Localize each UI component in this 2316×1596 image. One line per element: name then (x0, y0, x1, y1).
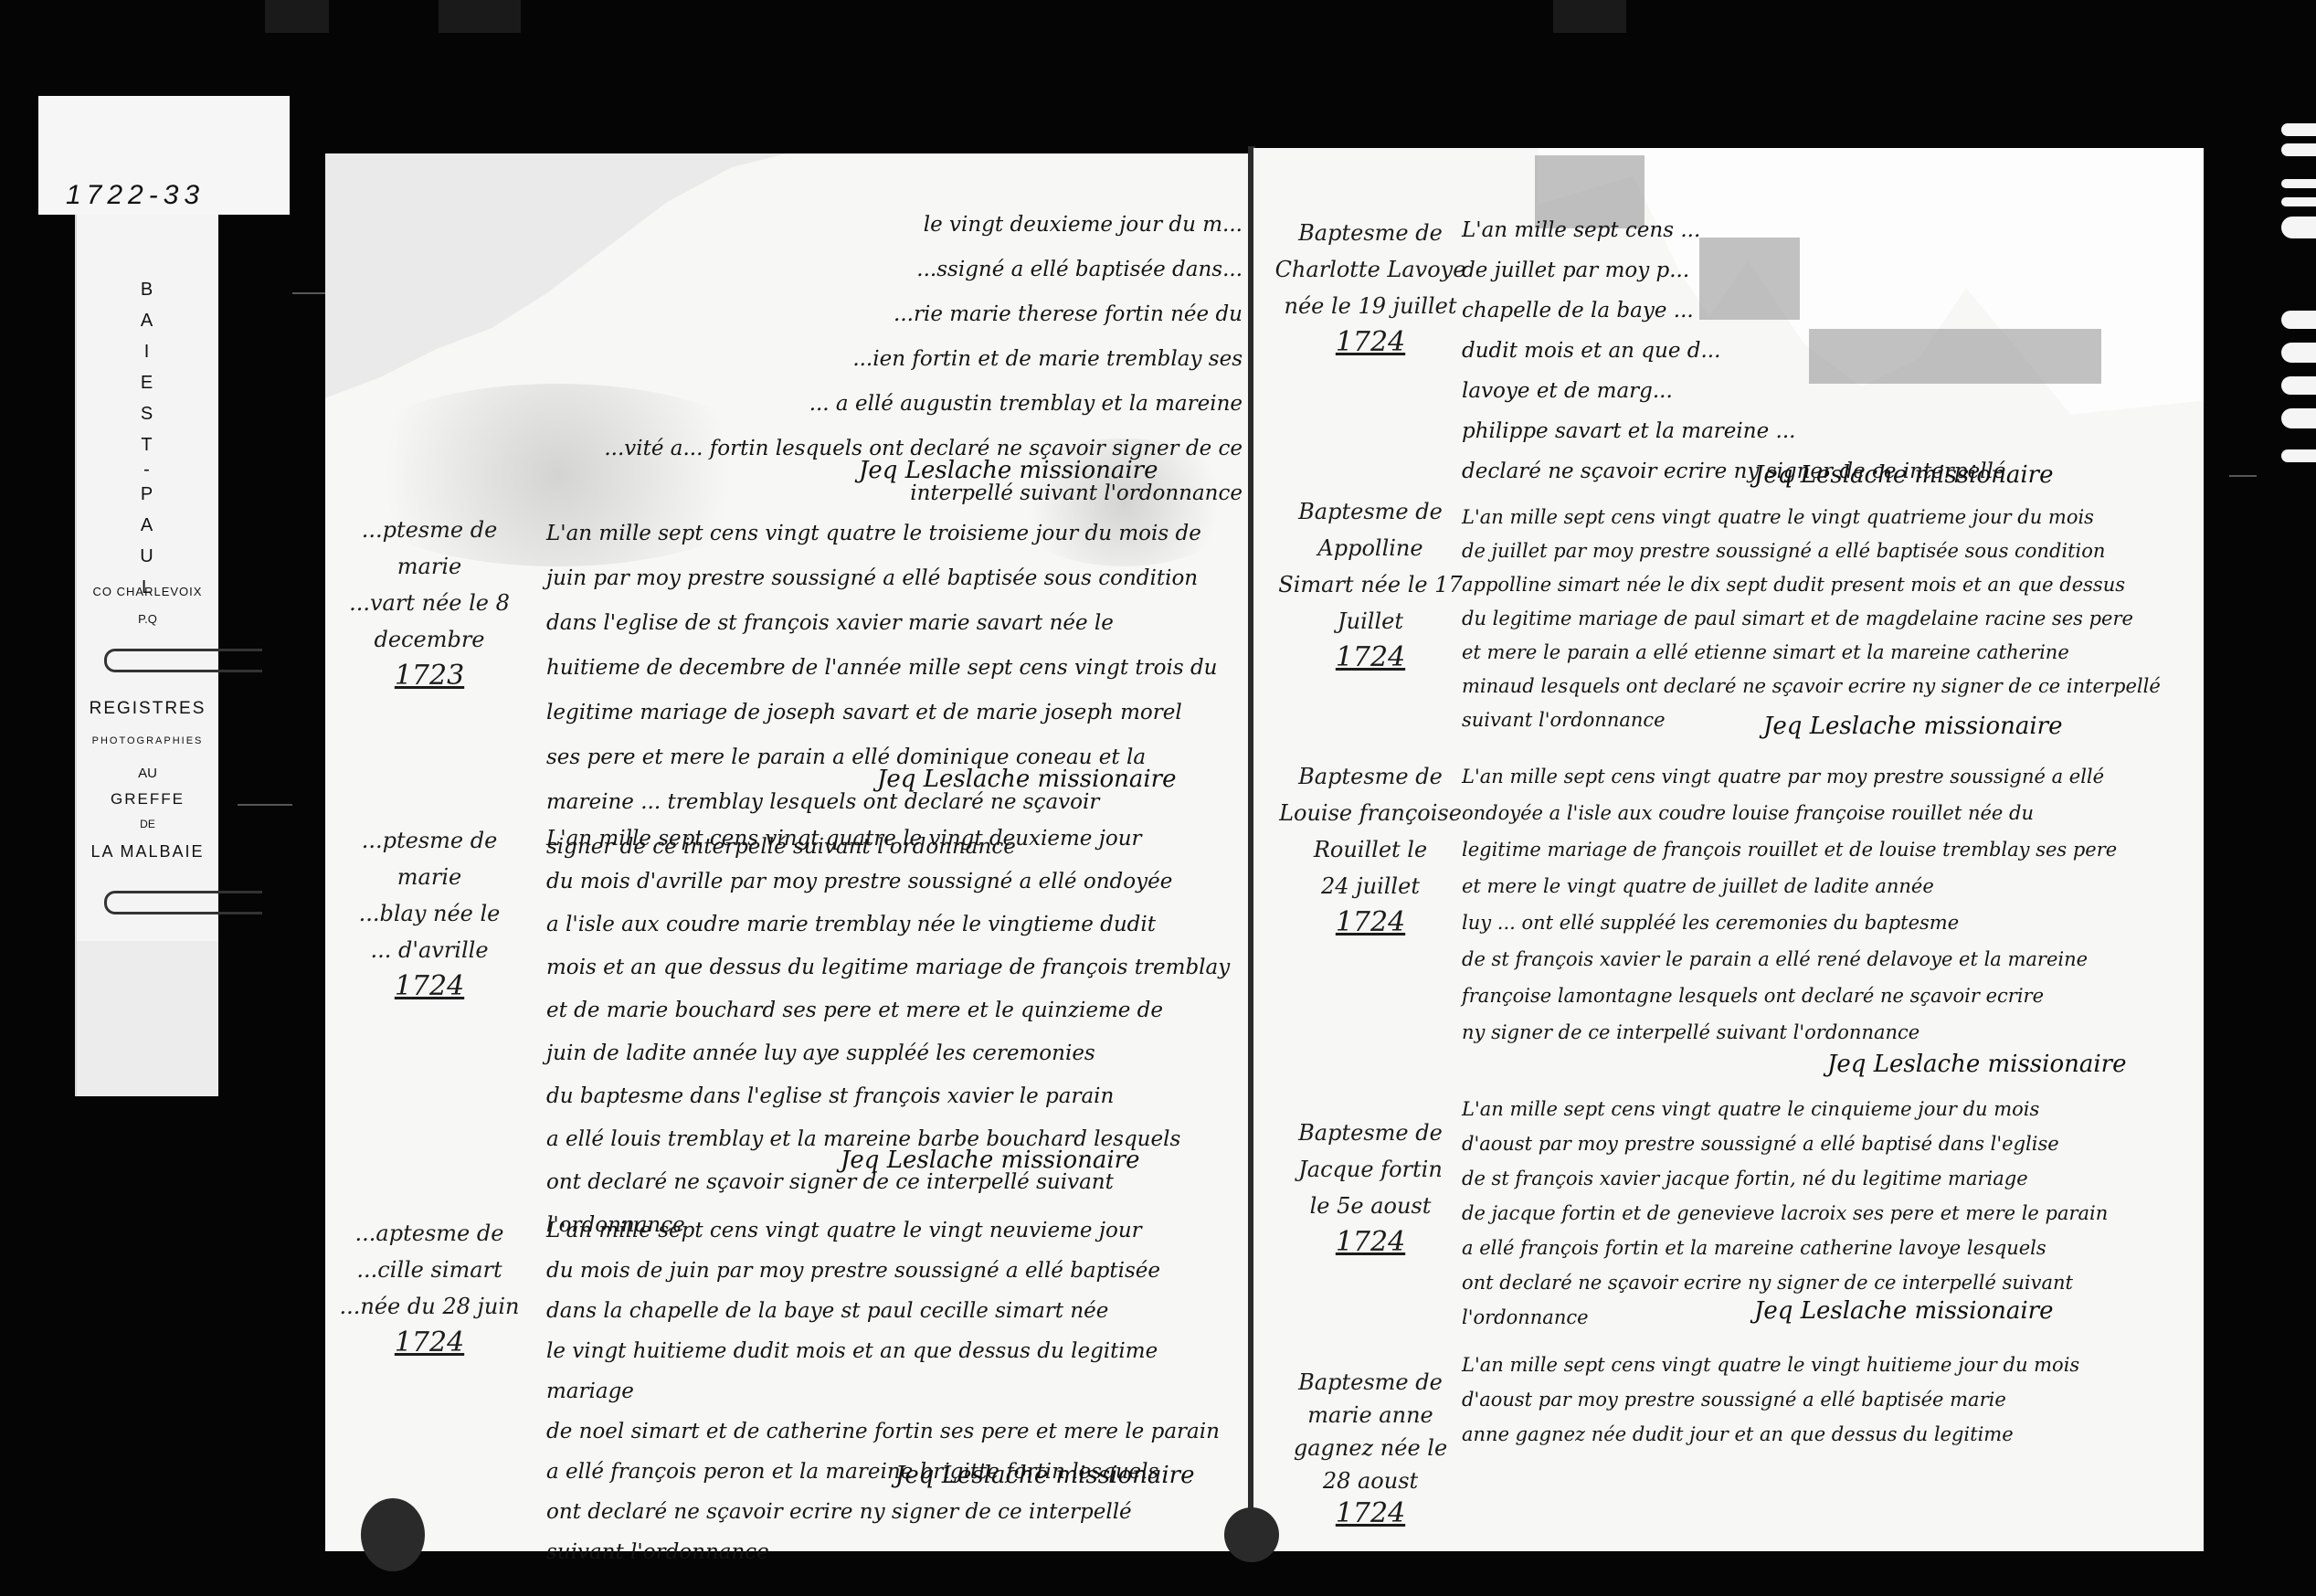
entry-text-left-2: L'an mille sept cens vingt quatre le vin… (546, 818, 1241, 1247)
entry-year: 1724 (1270, 1224, 1471, 1261)
entry-text-right-2: L'an mille sept cens vingt quatre par mo… (1462, 758, 2193, 1051)
paper-clip-icon (104, 891, 262, 914)
entry-year: 1723 (329, 658, 530, 694)
film-scratch (2229, 475, 2257, 477)
entry-signature-left-0: Jeq Leslache missionaire (859, 457, 1158, 484)
film-marker (2281, 449, 2316, 462)
entry-year: 1724 (1270, 904, 1471, 941)
stamp-au: AU (77, 766, 218, 781)
film-frame-top-edge (439, 0, 521, 33)
entry-signature-left-1: Jeq Leslache missionaire (877, 766, 1177, 793)
film-scratch (238, 804, 292, 806)
entry-margin-right-3: Baptesme de Jacque fortin le 5e aoust 17… (1270, 1115, 1471, 1261)
film-marker (2281, 311, 2316, 329)
film-marker (2281, 408, 2316, 428)
entry-year: 1724 (329, 968, 530, 1005)
film-scratch (292, 292, 329, 294)
entry-year: 1724 (329, 1325, 530, 1361)
entry-text-right-0: L'an mille sept cens ... de juillet par … (1462, 210, 2193, 491)
province-label: P.Q (77, 612, 218, 626)
entry-signature-right-3: Jeq Leslache missionaire (1754, 1297, 2054, 1325)
entry-margin-right-2: Baptesme de Louise françoise Rouillet le… (1270, 758, 1471, 941)
entry-text-right-1: L'an mille sept cens vingt quatre le vin… (1462, 501, 2193, 737)
entry-year: 1724 (1270, 639, 1471, 676)
entry-margin-right-0: Baptesme de Charlotte Lavoye née le 19 j… (1270, 215, 1471, 361)
stamp-registres: REGISTRES (77, 699, 218, 719)
entry-margin-left-3: ...aptesme de ...cille simart ...née du … (329, 1215, 530, 1361)
film-marker (2281, 217, 2316, 238)
county-label: CO CHARLEVOIX (77, 585, 218, 598)
archive-label-strip: B A I E S T - P A U L CO CHARLEVOIX P.Q … (75, 146, 218, 1096)
stamp-greffe: GREFFE (77, 790, 218, 809)
volume-tab: 1722-33 (38, 96, 290, 215)
entry-year: 1724 (1270, 1497, 1471, 1530)
volume-years: 1722-33 (66, 180, 205, 211)
entry-margin-left-2: ...ptesme de marie ...blay née le ... d'… (329, 822, 530, 1005)
entry-text-left-3: L'an mille sept cens vingt quatre le vin… (546, 1210, 1241, 1572)
film-frame-top-edge (1553, 0, 1626, 33)
label-strip-lower-fold (77, 941, 218, 1096)
stamp-de: DE (77, 818, 218, 830)
entry-signature-left-2: Jeq Leslache missionaire (841, 1147, 1140, 1174)
entry-margin-left-1: ...ptesme de marie ...vart née le 8 dece… (329, 512, 530, 694)
entry-margin-right-4: Baptesme de marie anne gagnez née le 28 … (1270, 1366, 1471, 1530)
stamp-la-malbaie: LA MALBAIE (77, 842, 218, 861)
entry-text-right-4: L'an mille sept cens vingt quatre le vin… (1462, 1348, 2193, 1452)
film-marker (2281, 197, 2316, 206)
entry-signature-right-1: Jeq Leslache missionaire (1763, 713, 2063, 740)
entry-text-left-1: L'an mille sept cens vingt quatre le tro… (546, 512, 1241, 870)
film-marker (2281, 376, 2316, 395)
film-marker (2281, 123, 2316, 136)
entry-signature-right-0: Jeq Leslache missionaire (1754, 461, 2054, 489)
holder-thumb (361, 1498, 425, 1571)
film-marker (2281, 179, 2316, 188)
stamp-photographies: PHOTOGRAPHIES (77, 735, 218, 746)
film-marker (2281, 343, 2316, 363)
entry-signature-left-3: Jeq Leslache missionaire (895, 1462, 1195, 1489)
film-marker (2281, 143, 2316, 156)
paper-clip-icon (104, 649, 262, 672)
parish-name-vertical: B A I E S T - P A U L (77, 274, 218, 603)
film-frame-top-edge (265, 0, 329, 33)
entry-margin-right-1: Baptesme de Appolline Simart née le 17 J… (1270, 493, 1471, 676)
entry-year: 1724 (1270, 324, 1471, 361)
entry-signature-right-2: Jeq Leslache missionaire (1827, 1051, 2127, 1078)
